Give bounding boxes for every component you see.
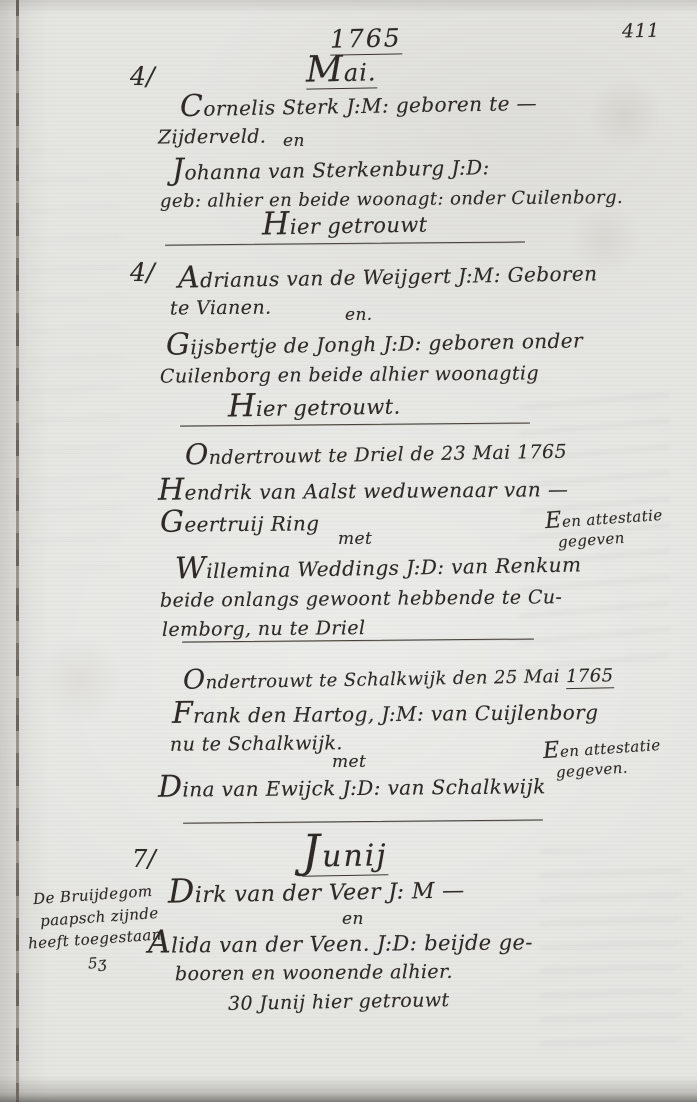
margin-note-attestation: Een attestatie [542,734,661,762]
residence-line: beide onlangs gewoont hebbende te Cu- [160,586,562,612]
residence-line: Cuilenborg en beide alhier woonagtig [160,362,539,387]
entry-divider-rule [165,241,525,246]
banns-date-line: Ondertrouwt te Schalkwijk den 25 Mai 176… [183,662,614,694]
margin-note-attestation: gegeven [557,529,625,552]
groom-birthplace-line: Zijderveld. [158,126,267,149]
bride-name-line: Johanna van Sterkenburg J:D: [172,153,490,185]
groom-name-line: Dirk van der Veer J: M — [168,873,465,908]
section-divider-rule [183,819,543,824]
banns-date-line: Ondertrouwt te Driel de 23 Mai 1765 [185,438,567,470]
section-heading-mai: Mai. [306,55,377,87]
conjunction: en [283,131,305,151]
margin-note-attestation: gegeven. [555,759,628,782]
page-number: 411 [622,20,660,43]
paper-stain [40,620,120,740]
underlined-year: 1765 [566,665,614,689]
ink-bleedthrough [30,150,120,570]
conjunction: en [342,909,364,929]
groom-residence-line: nu te Schalkwijk. [170,732,343,756]
residence-line: geb: alhier en beide woonagt: onder Cuil… [160,187,623,212]
margin-note-consent: 5ʒ [87,953,107,972]
groom-name-line: Hendrik van Aalst weduwenaar van — [158,475,569,505]
marriage-status-line: Hier getrouwt. [228,391,401,421]
paper-stain [590,70,660,160]
conjunction: en. [345,305,373,325]
groom-name-line: Adrianus van de Weijgert J:M: Geboren [178,259,598,292]
bride-name-line: Dina van Ewijck J:D: van Schalkwijk [158,772,546,801]
margin-note-attestation: Een attestatie [544,504,663,532]
conjunction: met [338,529,372,549]
bride-name-line: Gijsbertje de Jongh J:D: geboren onder [166,326,583,359]
residence-line: booren en woonende alhier. [175,961,453,985]
marriage-status-line: 30 Junij hier getrouwt [228,989,450,1015]
manuscript-page: 411 1765 Mai. 4/ Cornelis Sterk J:M: geb… [0,0,697,1102]
groom-late-wife-line: Geertruij Ring [160,509,320,536]
section-heading-junij: Junij [302,832,388,874]
marriage-status-line: Hier getrouwt [262,210,428,240]
conjunction: met [332,752,366,772]
bride-name-line: Willemina Weddings J:D: van Renkum [175,550,582,583]
entry-marker: 7/ [132,845,156,873]
groom-name-line: Frank den Hartog, J:M: van Cuijlenborg [172,698,599,728]
binding-edge [16,0,19,1102]
groom-name-line: Cornelis Sterk J:M: geboren te — [180,89,537,121]
bride-name-line: Alida van der Veen. J:D: beijde ge- [148,927,533,957]
residence-line: lemborg, nu te Driel [162,617,366,641]
entry-marker: 4/ [130,62,155,91]
ink-bleedthrough [540,850,680,1050]
margin-note-consent: De Bruijdegom [33,882,153,908]
entry-marker: 4/ [130,258,155,287]
groom-birthplace-line: te Vianen. [170,297,272,320]
